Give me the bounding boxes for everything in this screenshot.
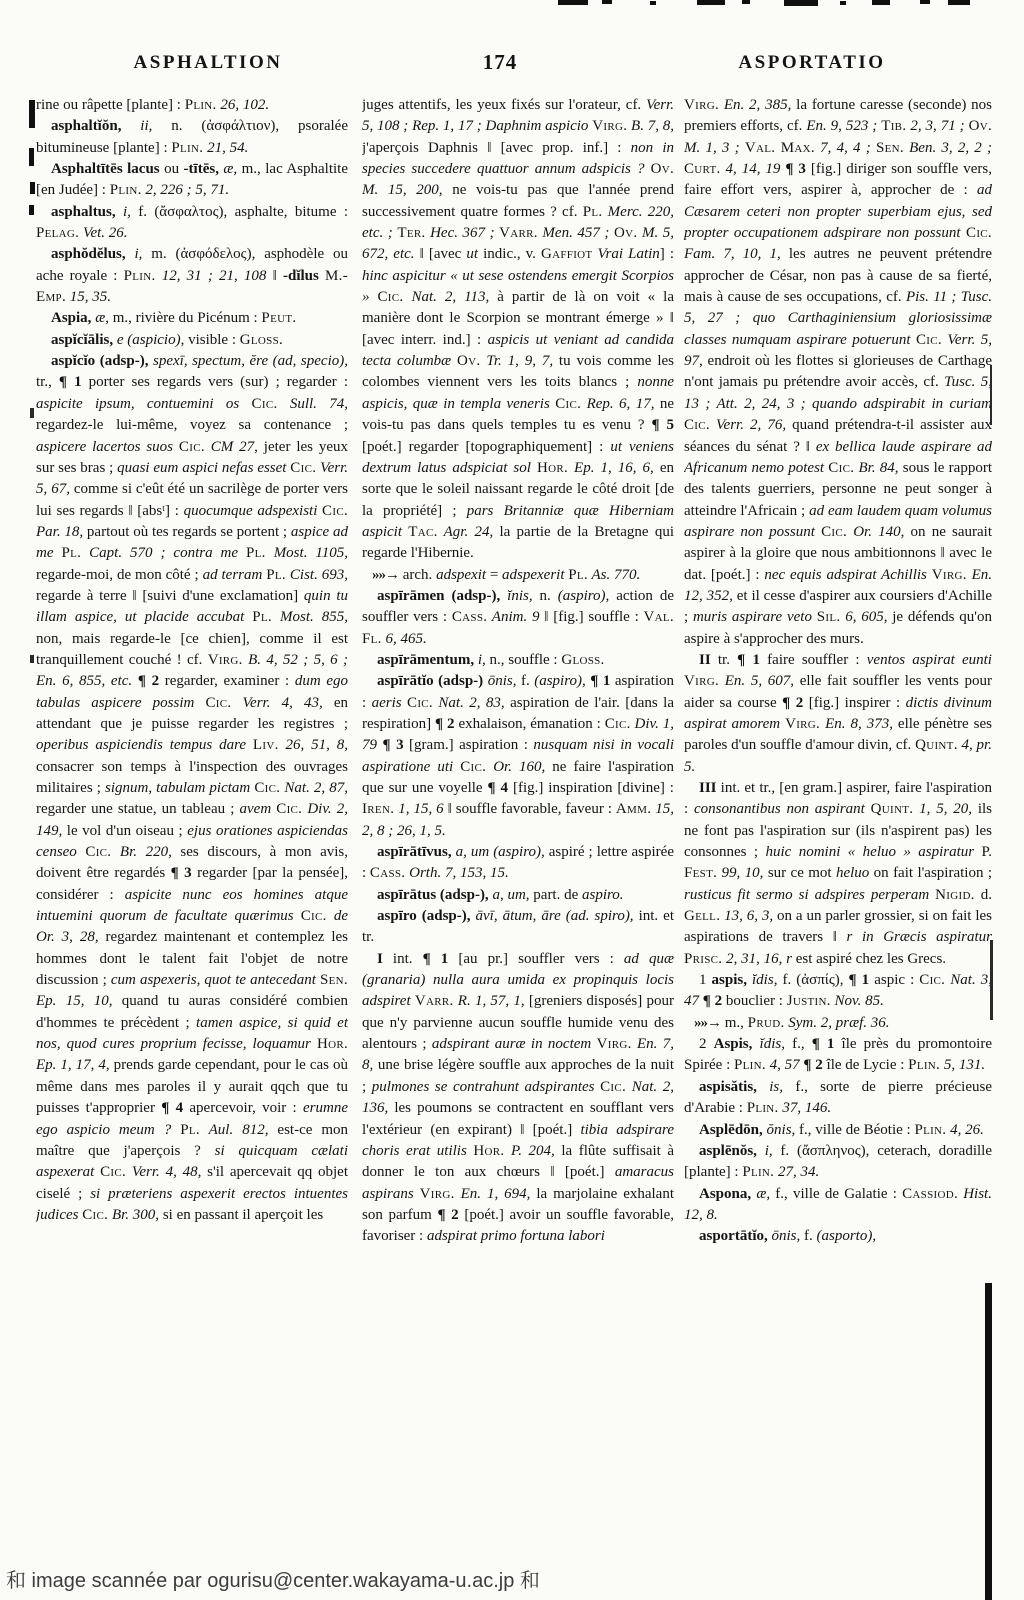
text-segment: 2, 226 ; 5, 71. bbox=[142, 182, 230, 198]
text-segment: M. 15, 200, bbox=[362, 182, 443, 198]
text-segment: 4, 57 bbox=[766, 1057, 800, 1073]
text-segment: Nat. 2, 113, bbox=[403, 289, 489, 305]
text-segment: Cic. bbox=[916, 332, 942, 348]
scan-artifact bbox=[697, 0, 725, 5]
text-segment: Virg. bbox=[684, 97, 719, 113]
text-segment: Cic. bbox=[919, 972, 945, 988]
text-segment: ‖ [avec bbox=[415, 246, 467, 262]
text-segment: æ, bbox=[751, 1186, 770, 1202]
text-segment: Most. 855, bbox=[272, 609, 348, 625]
scan-artifact bbox=[29, 100, 35, 128]
text-segment: juges attentifs, les yeux fixés sur l'or… bbox=[362, 97, 646, 113]
text-segment: Aul. 812, bbox=[200, 1122, 269, 1138]
text-column-2: juges attentifs, les yeux fixés sur l'or… bbox=[362, 95, 674, 1553]
text-segment: j'aperçois Daphnis ‖ [avec prop. inf.] : bbox=[362, 140, 631, 156]
text-segment: ¶ 1 bbox=[590, 673, 610, 689]
text-segment: Cic. bbox=[252, 396, 278, 412]
text-segment: ¶ 2 bbox=[803, 1057, 822, 1073]
text-segment: ¶ 2 bbox=[437, 1207, 458, 1223]
text-segment: Ep. 15, 10, bbox=[36, 993, 112, 1009]
text-segment: Peut. bbox=[261, 310, 296, 326]
text-segment: -tītēs, bbox=[184, 161, 219, 177]
entry-paragraph: aspīrāmentum, i, n., souffle : Gloss. bbox=[362, 650, 674, 671]
text-segment: [gram.] aspiration : bbox=[404, 737, 534, 753]
text-segment: Nov. 85. bbox=[831, 993, 884, 1009]
entry-paragraph: Aspona, æ, f., ville de Galatie : Cassio… bbox=[684, 1184, 992, 1227]
text-segment: Liv. bbox=[253, 737, 279, 753]
text-segment: rusticus fit sermo si adspires perperam bbox=[684, 887, 929, 903]
text-segment: Virg. bbox=[932, 567, 967, 583]
text-segment: muris aspirare veto bbox=[693, 609, 812, 625]
text-segment: Ep. 1, 16, 6, bbox=[568, 460, 654, 476]
text-segment: Iren. bbox=[362, 801, 394, 817]
dictionary-page: ASPHALTION 174 ASPORTATIO rine ou râpett… bbox=[0, 0, 1024, 1600]
text-segment: f., bbox=[785, 1036, 812, 1052]
text-segment: regarde-moi, de mon côté ; bbox=[36, 567, 203, 583]
text-segment: indic., v. bbox=[478, 246, 541, 262]
scan-artifact bbox=[650, 1, 656, 5]
text-segment: Plin. bbox=[734, 1057, 766, 1073]
page-number: 174 bbox=[483, 50, 518, 75]
arrow-icon: »»→ bbox=[694, 1015, 721, 1031]
scan-artifact bbox=[840, 1, 846, 5]
text-segment: -dĭlus bbox=[283, 268, 319, 284]
continuation-paragraph: rine ou râpette [plante] : Plin. 26, 102… bbox=[36, 95, 348, 116]
text-segment: porter ses regards vers (sur) ; regarder… bbox=[82, 374, 348, 390]
text-segment bbox=[194, 695, 205, 711]
text-segment: 1, 15, 6 bbox=[394, 801, 443, 817]
text-segment: Curt. bbox=[684, 161, 721, 177]
text-segment: Cic. bbox=[605, 716, 631, 732]
text-segment: regarder une statue, un tableau ; bbox=[36, 801, 240, 817]
text-column-3: Virg. En. 2, 385, la fortune caresse (se… bbox=[684, 95, 992, 1553]
scan-footer-note: 和 image scannée par ogurisu@center.wakay… bbox=[6, 1564, 540, 1593]
text-segment: 2, 31, 16, r bbox=[722, 951, 792, 967]
text-segment: Par. 18, bbox=[36, 524, 83, 540]
text-segment: regardez-le lui-même, voyez sa contenanc… bbox=[36, 417, 348, 433]
text-segment: Varr. bbox=[415, 993, 454, 1009]
text-segment: Justin. bbox=[787, 993, 831, 1009]
text-segment: 26, 51, 8, bbox=[279, 737, 348, 753]
text-segment: ŏnis, bbox=[763, 1122, 796, 1138]
text-segment: Vet. 26. bbox=[79, 225, 127, 241]
text-segment: arch. bbox=[399, 567, 436, 583]
text-segment: Asphaltītēs lacus bbox=[51, 161, 160, 177]
text-segment: Gell. bbox=[684, 908, 720, 924]
text-segment bbox=[294, 908, 301, 924]
text-segment: Verr. 4, 43, bbox=[231, 695, 322, 711]
text-segment: Cic. bbox=[684, 417, 710, 433]
text-segment: Cass. bbox=[370, 865, 405, 881]
text-segment: Hor. bbox=[537, 460, 568, 476]
text-segment: a, um (aspiro), bbox=[452, 844, 545, 860]
text-segment: asportātĭo, bbox=[699, 1228, 768, 1244]
text-segment: regarder, examiner : bbox=[159, 673, 295, 689]
text-segment: Virg. bbox=[684, 673, 719, 689]
text-segment: 6, 465. bbox=[382, 631, 427, 647]
text-segment: asplēnŏs, bbox=[699, 1143, 757, 1159]
text-segment: aspīro (adsp-), bbox=[377, 908, 471, 924]
text-segment: Virg. bbox=[420, 1186, 455, 1202]
text-segment: Ben. 3, 2, 2 ; bbox=[904, 140, 992, 156]
text-segment: quasi eum aspici nefas esset bbox=[117, 460, 286, 476]
scan-artifact bbox=[30, 655, 34, 663]
text-segment: 27, 34. bbox=[774, 1164, 819, 1180]
scan-artifact bbox=[985, 1283, 992, 1600]
text-segment: le vol d'un oiseau ; bbox=[62, 823, 187, 839]
text-segment: En. 5, 607, bbox=[719, 673, 794, 689]
text-segment: ‖ bbox=[266, 268, 283, 284]
text-segment: 7, 4, 4 ; bbox=[815, 140, 871, 156]
text-segment: [poét.] regarder [topographiquement] : bbox=[362, 439, 610, 455]
text-segment: Gloss. bbox=[561, 652, 604, 668]
text-segment: Br. 84, bbox=[854, 460, 898, 476]
text-segment: Or. 160, bbox=[486, 759, 545, 775]
text-segment: int. bbox=[383, 951, 423, 967]
text-segment: tr., bbox=[36, 374, 59, 390]
text-segment: (aspiro), bbox=[534, 673, 586, 689]
text-segment: faire souffler : bbox=[760, 652, 867, 668]
text-segment: adspexerit bbox=[502, 567, 564, 583]
text-segment: consonantibus non aspirant bbox=[694, 801, 865, 817]
scan-artifact bbox=[602, 0, 612, 4]
running-head-right: ASPORTATIO bbox=[738, 52, 885, 74]
text-segment: heluo bbox=[836, 865, 869, 881]
scan-artifact bbox=[29, 205, 34, 215]
text-segment bbox=[370, 289, 378, 305]
text-segment: Cic. bbox=[322, 503, 348, 519]
text-segment: Plin. bbox=[110, 182, 142, 198]
text-segment: ii, bbox=[121, 118, 152, 134]
text-segment: Agr. 24, bbox=[438, 524, 494, 540]
entry-paragraph: I int. ¶ 1 [au pr.] souffler vers : ad q… bbox=[362, 949, 674, 1248]
text-segment: 1, 5, 20, bbox=[913, 801, 972, 817]
text-segment: ōnis, bbox=[768, 1228, 801, 1244]
text-segment: Virg. bbox=[592, 118, 627, 134]
text-segment: Plin. bbox=[914, 1122, 946, 1138]
text-segment: partout où tes regards se portent ; bbox=[83, 524, 291, 540]
entry-paragraph: asphaltĭŏn, ii, n. (ἀσφάλτιον), psoralée… bbox=[36, 116, 348, 159]
text-segment: on fait l'aspiration ; bbox=[869, 865, 992, 881]
text-segment: Ov. bbox=[457, 353, 480, 369]
text-segment: Ep. 1, 17, 4, bbox=[36, 1057, 110, 1073]
text-segment: Cic. bbox=[966, 225, 992, 241]
text-segment: Or. 140, bbox=[847, 524, 904, 540]
columns-container: rine ou râpette [plante] : Plin. 26, 102… bbox=[0, 95, 1024, 1553]
text-segment: ¶ 5 bbox=[651, 417, 674, 433]
text-segment: Rep. 6, 17, bbox=[581, 396, 654, 412]
text-segment: ¶ 2 bbox=[138, 673, 159, 689]
text-segment: ] : bbox=[660, 246, 674, 262]
text-segment: apercevoir, voir : bbox=[183, 1100, 303, 1116]
text-segment: 12, 31 ; 21, 108 bbox=[156, 268, 267, 284]
text-segment: Pl. bbox=[61, 545, 81, 561]
entry-paragraph: asplēnŏs, i, f. (ἄσπληνος), ceterach, do… bbox=[684, 1141, 992, 1184]
text-segment: aspĭcĭo (adsp-), bbox=[51, 353, 148, 369]
text-segment: n., souffle : bbox=[486, 652, 562, 668]
text-segment: Plin. bbox=[171, 140, 203, 156]
text-segment: d. bbox=[975, 887, 992, 903]
text-segment: ¶ 3 bbox=[171, 865, 192, 881]
text-segment: aspic : bbox=[869, 972, 919, 988]
text-segment: Fest. bbox=[684, 865, 717, 881]
text-segment: aeris bbox=[372, 695, 402, 711]
text-segment: Prud. bbox=[748, 1015, 785, 1031]
text-segment: Cassiod. bbox=[902, 1186, 958, 1202]
scan-artifact bbox=[920, 0, 930, 4]
text-segment: Cic. bbox=[276, 801, 302, 817]
text-segment: Val. Max. bbox=[745, 140, 815, 156]
entry-paragraph: aspĭcĭālis, e (aspicio), visible : Gloss… bbox=[36, 330, 348, 351]
text-segment: Quint. bbox=[915, 737, 958, 753]
text-segment: exhalaison, émanation : bbox=[455, 716, 605, 732]
entry-paragraph: asphaltus, i, f. (ἄσφαλτος), asphalte, b… bbox=[36, 202, 348, 245]
text-segment: Pl. bbox=[252, 609, 272, 625]
entry-paragraph: asportātĭo, ōnis, f. (asporto), bbox=[684, 1226, 992, 1247]
text-segment: ‖ souffle favorable, faveur : bbox=[444, 801, 616, 817]
text-segment: asphŏdĕlus, bbox=[51, 246, 126, 262]
text-segment: Cic. bbox=[378, 289, 404, 305]
text-segment: P. bbox=[974, 844, 992, 860]
running-head-left: ASPHALTION bbox=[134, 52, 283, 74]
text-segment: aspicite ipsum, contuemini os bbox=[36, 396, 239, 412]
text-segment: Nigid. bbox=[935, 887, 975, 903]
text-segment: ¶ 3 bbox=[382, 737, 403, 753]
text-segment: 4, 14, 19 bbox=[721, 161, 781, 177]
text-segment: Varr. bbox=[499, 225, 538, 241]
text-segment: pulmones se contrahunt adspirantes bbox=[372, 1079, 595, 1095]
text-segment: 99, 10, bbox=[717, 865, 763, 881]
text-segment: adspexit bbox=[436, 567, 486, 583]
text-segment: Sen. bbox=[876, 140, 904, 156]
text-segment: 37, 146. bbox=[779, 1100, 832, 1116]
text-segment: Cic. bbox=[600, 1079, 626, 1095]
text-segment: Cic. bbox=[205, 695, 231, 711]
text-segment: part. de bbox=[530, 887, 582, 903]
text-segment: M. 1, 3 ; bbox=[684, 140, 740, 156]
arrow-icon: »»→ bbox=[372, 567, 399, 583]
text-segment: 21, 54. bbox=[203, 140, 248, 156]
scan-artifact bbox=[742, 0, 750, 4]
text-segment: ¶ 1 bbox=[812, 1036, 835, 1052]
text-segment: Fam. 7, 10, 1, bbox=[684, 246, 781, 262]
scan-artifact bbox=[558, 0, 588, 5]
text-segment: asphaltus, bbox=[51, 204, 116, 220]
text-segment: aspisătis, bbox=[699, 1079, 757, 1095]
text-segment: Ov. bbox=[614, 225, 637, 241]
text-segment: 26, 102. bbox=[217, 97, 270, 113]
scan-artifact bbox=[990, 365, 992, 425]
text-segment: 2 bbox=[699, 1036, 714, 1052]
text-segment: Verr. 2, 76, bbox=[710, 417, 786, 433]
text-segment: Pl. bbox=[266, 567, 286, 583]
entry-paragraph: aspĭcĭo (adsp-), spexī, spectum, ĕre (ad… bbox=[36, 351, 348, 1226]
text-segment: aspis, bbox=[712, 972, 747, 988]
text-segment: Cic. bbox=[301, 908, 327, 924]
text-segment: adspirant auræ in noctem bbox=[432, 1036, 591, 1052]
text-segment: aspicere lacertos suos bbox=[36, 439, 173, 455]
text-segment: ōnis, bbox=[483, 673, 516, 689]
continuation-paragraph: juges attentifs, les yeux fixés sur l'or… bbox=[362, 95, 674, 565]
entry-paragraph: 2 Aspis, ĭdis, f., ¶ 1 île près du promo… bbox=[684, 1034, 992, 1077]
text-segment: Gloss. bbox=[240, 332, 283, 348]
text-segment: Pl. bbox=[246, 545, 266, 561]
text-segment: Pl. bbox=[180, 1122, 200, 1138]
text-segment: 5, 131. bbox=[940, 1057, 985, 1073]
text-segment: II bbox=[699, 652, 711, 668]
text-segment: 2, 3, 71 ; bbox=[906, 118, 964, 134]
text-segment: P. 204, bbox=[504, 1143, 554, 1159]
text-segment: Cic. bbox=[828, 460, 854, 476]
text-segment: Aspona, bbox=[699, 1186, 751, 1202]
text-segment: ad terram bbox=[203, 567, 263, 583]
text-segment: Vrai Latin bbox=[592, 246, 659, 262]
text-segment: Cic. bbox=[290, 460, 316, 476]
text-segment: ‖ [fig.] souffle : bbox=[540, 609, 644, 625]
text-segment bbox=[238, 545, 246, 561]
text-segment: Verr. 4, 48, bbox=[126, 1164, 201, 1180]
entry-paragraph: Aspia, æ, m., rivière du Picénum : Peut. bbox=[36, 308, 348, 329]
entry-paragraph: Asplēdōn, ŏnis, f., ville de Béotie : Pl… bbox=[684, 1120, 992, 1141]
text-segment: Hor. bbox=[473, 1143, 504, 1159]
text-segment: Most. 1105, bbox=[266, 545, 348, 561]
continuation-paragraph: Virg. En. 2, 385, la fortune caresse (se… bbox=[684, 95, 992, 650]
scan-artifact bbox=[30, 182, 35, 194]
text-segment: Hec. 367 ; bbox=[426, 225, 495, 241]
entry-paragraph: aspīrātus (adsp-), a, um, part. de aspir… bbox=[362, 885, 674, 906]
text-segment: aspīrāmentum, bbox=[377, 652, 474, 668]
scan-artifact bbox=[948, 0, 970, 5]
text-segment: si en passant il aperçoit les bbox=[159, 1207, 323, 1223]
text-segment: ¶ 2 bbox=[782, 695, 803, 711]
text-segment: Plin. bbox=[124, 268, 156, 284]
text-segment: Capt. 570 ; contra me bbox=[81, 545, 238, 561]
entry-paragraph: aspīrāmen (adsp-), ĭnis, n. (aspiro), ac… bbox=[362, 586, 674, 650]
text-segment: En. 2, 385, bbox=[719, 97, 791, 113]
text-segment: æ, bbox=[91, 310, 109, 326]
text-segment: Plin. bbox=[185, 97, 217, 113]
text-segment: En. 1, 694, bbox=[455, 1186, 531, 1202]
text-segment: Cic. bbox=[460, 759, 486, 775]
text-segment: Plin. bbox=[908, 1057, 940, 1073]
text-segment: (aspiro), bbox=[558, 588, 610, 604]
text-segment: i, bbox=[126, 246, 143, 262]
remark-paragraph: »»→ m., Prud. Sym. 2, præf. 36. bbox=[684, 1013, 992, 1034]
text-segment: ¶ 4 bbox=[161, 1100, 183, 1116]
text-segment: Virg. bbox=[785, 716, 820, 732]
text-segment: nec equis adspirat Achillis bbox=[764, 567, 927, 583]
text-segment: f. (ἀσπίς), bbox=[777, 972, 848, 988]
text-segment: ut bbox=[466, 246, 478, 262]
text-segment: Sym. 2, præf. 36. bbox=[785, 1015, 890, 1031]
text-segment: e (aspicio), bbox=[113, 332, 184, 348]
text-segment: Ov. bbox=[651, 161, 674, 177]
text-segment: III bbox=[699, 780, 717, 796]
text-segment: Cic. bbox=[821, 524, 847, 540]
text-segment: ĭnis, bbox=[500, 588, 532, 604]
entry-paragraph: III int. et tr., [en gram.] aspirer, fai… bbox=[684, 778, 992, 970]
entry-paragraph: aspisătis, is, f., sorte de pierre préci… bbox=[684, 1077, 992, 1120]
text-segment: ¶ 1 bbox=[737, 652, 760, 668]
text-segment: Tib. bbox=[881, 118, 906, 134]
text-segment: Cic. bbox=[100, 1164, 126, 1180]
text-segment: avem bbox=[240, 801, 272, 817]
text-segment: 1 bbox=[699, 972, 712, 988]
text-segment: f. bbox=[800, 1228, 816, 1244]
text-segment: tr. bbox=[711, 652, 737, 668]
text-segment: Cic. bbox=[85, 844, 111, 860]
text-segment: bouclier : bbox=[722, 993, 787, 1009]
text-segment: āvī, ātum, āre (ad. spiro), bbox=[471, 908, 634, 924]
text-segment: Anim. 9 bbox=[487, 609, 539, 625]
text-segment: m., rivière du Picénum : bbox=[109, 310, 261, 326]
text-segment: Tr. 1, 9, 7, bbox=[480, 353, 553, 369]
text-segment: rine ou râpette [plante] : bbox=[36, 97, 185, 113]
text-segment: cum aspexeris, quot te antecedant bbox=[111, 972, 316, 988]
text-segment: ¶ 4 bbox=[488, 780, 509, 796]
text-column-1: rine ou râpette [plante] : Plin. 26, 102… bbox=[36, 95, 348, 1553]
text-segment: Cic. bbox=[82, 1207, 108, 1223]
text-segment: f. bbox=[516, 673, 534, 689]
text-segment: 15, 35. bbox=[66, 289, 111, 305]
text-segment: ventos aspirat eunti bbox=[867, 652, 992, 668]
text-segment: ¶ 1 bbox=[849, 972, 870, 988]
text-segment: ou bbox=[160, 161, 184, 177]
text-segment: Asplēdōn, bbox=[699, 1122, 763, 1138]
text-segment: Nat. 2, 83, bbox=[433, 695, 505, 711]
scan-artifact bbox=[784, 0, 818, 6]
text-segment: Pl. bbox=[568, 567, 588, 583]
text-segment: visible : bbox=[184, 332, 239, 348]
text-segment: B. 7, 8, bbox=[627, 118, 674, 134]
text-segment: Pl. bbox=[583, 204, 603, 220]
text-segment: Cic. bbox=[407, 695, 433, 711]
text-segment: ¶ 1 bbox=[423, 951, 449, 967]
text-segment: Ov. bbox=[969, 118, 992, 134]
text-segment: quocumque adspexisti bbox=[184, 503, 318, 519]
text-segment: n. bbox=[533, 588, 558, 604]
text-segment: Virg. bbox=[208, 652, 243, 668]
text-segment bbox=[239, 396, 251, 412]
text-segment: signum, tabulam pictam bbox=[105, 780, 250, 796]
text-segment: [fig.] inspiration [divine] : bbox=[508, 780, 674, 796]
text-segment: Br. 220, bbox=[111, 844, 171, 860]
text-segment: Sen. bbox=[320, 972, 348, 988]
text-segment: Pelag. bbox=[36, 225, 79, 241]
scan-artifact bbox=[29, 148, 34, 166]
text-segment: aspīrātĭo (adsp-) bbox=[377, 673, 483, 689]
scan-artifact bbox=[990, 940, 993, 1020]
text-segment: = bbox=[486, 567, 502, 583]
text-segment: (asporto), bbox=[817, 1228, 877, 1244]
entry-paragraph: aspīro (adsp-), āvī, ātum, āre (ad. spir… bbox=[362, 906, 674, 949]
text-segment: is, bbox=[757, 1079, 783, 1095]
text-segment bbox=[246, 737, 253, 753]
scan-artifact bbox=[30, 408, 34, 418]
text-segment: Aspia, bbox=[51, 310, 91, 326]
text-segment: Sil. bbox=[817, 609, 841, 625]
text-segment: Plin. bbox=[742, 1164, 774, 1180]
text-segment: regarde à terre ‖ [suivi d'une exclamati… bbox=[36, 588, 304, 604]
text-segment: Gaffiot bbox=[541, 246, 592, 262]
text-segment: f. (ἄσφαλτος), asphalte, bitume : bbox=[131, 204, 348, 220]
text-segment: Ter. bbox=[397, 225, 425, 241]
text-segment: ĭdis, bbox=[747, 972, 777, 988]
text-segment: As. 770. bbox=[588, 567, 640, 583]
text-segment: Orth. 7, 153, 15. bbox=[405, 865, 508, 881]
text-segment: Tac. bbox=[408, 524, 437, 540]
text-segment: ¶ 2 bbox=[435, 716, 455, 732]
